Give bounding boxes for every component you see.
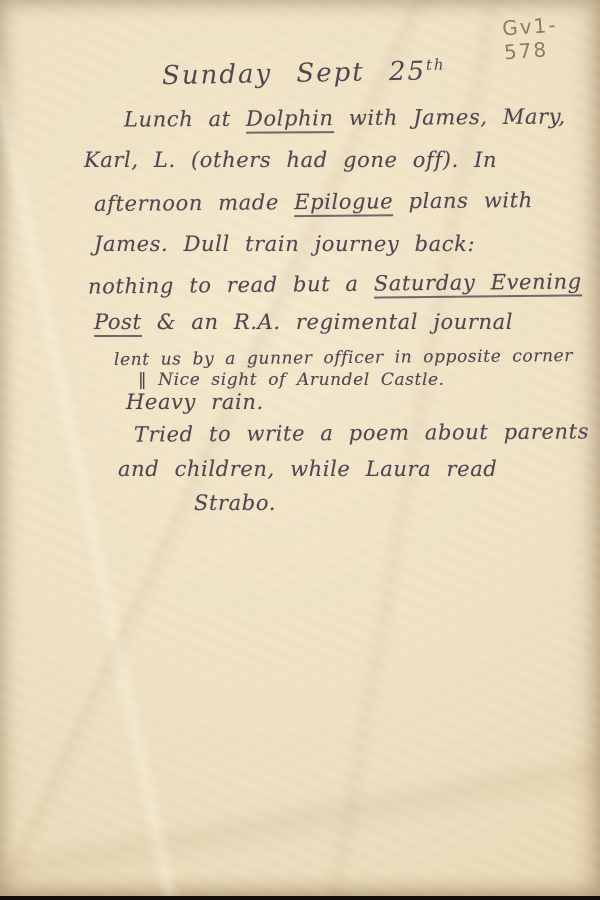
diary-text-segment: & an R.A. regimental journal bbox=[142, 310, 514, 334]
diary-text-segment: and children, while Laura read bbox=[118, 457, 497, 481]
paper-sheet: Gv1-578 Sunday Sept 25th Lunch at Dolphi… bbox=[0, 0, 600, 896]
underlined-text: Post bbox=[94, 310, 142, 337]
diary-line: and children, while Laura read bbox=[118, 457, 497, 481]
photo-of-diary-page: Gv1-578 Sunday Sept 25th Lunch at Dolphi… bbox=[0, 0, 600, 900]
underlined-text: Saturday Evening bbox=[374, 269, 582, 298]
diary-line: Karl, L. (others had gone off). In bbox=[84, 148, 497, 172]
diary-line: nothing to read but a Saturday Evening bbox=[88, 269, 582, 298]
catalog-number: Gv1-578 bbox=[501, 10, 600, 65]
underlined-text: Epilogue bbox=[294, 189, 393, 217]
underlined-text: Dolphin bbox=[246, 106, 334, 134]
diary-text-segment: nothing to read but a bbox=[88, 272, 374, 299]
diary-text-segment: Karl, L. (others had gone off). In bbox=[84, 148, 497, 172]
diary-line: lent us by a gunner officer in opposite … bbox=[114, 346, 573, 370]
diary-line: Tried to write a poem about parents bbox=[134, 419, 589, 446]
diary-text-segment: Tried to write a poem about parents bbox=[134, 419, 589, 446]
diary-text-segment: Heavy rain. bbox=[126, 390, 264, 414]
diary-text-segment: Strabo. bbox=[194, 491, 276, 515]
diary-line: Post & an R.A. regimental journal bbox=[94, 310, 513, 334]
diary-text-segment: lent us by a gunner officer in opposite … bbox=[114, 346, 573, 370]
diary-line: James. Dull train journey back: bbox=[94, 232, 475, 256]
diary-line: Lunch at Dolphin with James, Mary, bbox=[124, 104, 566, 131]
diary-line: Heavy rain. bbox=[126, 390, 264, 414]
diary-text-segment: afternoon made bbox=[94, 190, 294, 216]
diary-text-segment: James. Dull train journey back: bbox=[94, 232, 475, 256]
date-ordinal-suffix: th bbox=[426, 56, 446, 74]
diary-text-segment: plans with bbox=[393, 188, 533, 213]
diary-text-segment: Lunch at bbox=[124, 107, 246, 132]
diary-line-inserted: ‖ Nice sight of Arundel Castle. bbox=[138, 370, 445, 390]
diary-text-segment: with James, Mary, bbox=[334, 104, 566, 130]
diary-line: afternoon made Epilogue plans with bbox=[94, 188, 533, 216]
diary-date-text: Sunday Sept 25 bbox=[162, 57, 427, 92]
diary-date-heading: Sunday Sept 25th bbox=[162, 56, 446, 92]
diary-text-segment: ‖ Nice sight of Arundel Castle. bbox=[138, 370, 445, 390]
diary-line: Strabo. bbox=[194, 491, 276, 515]
